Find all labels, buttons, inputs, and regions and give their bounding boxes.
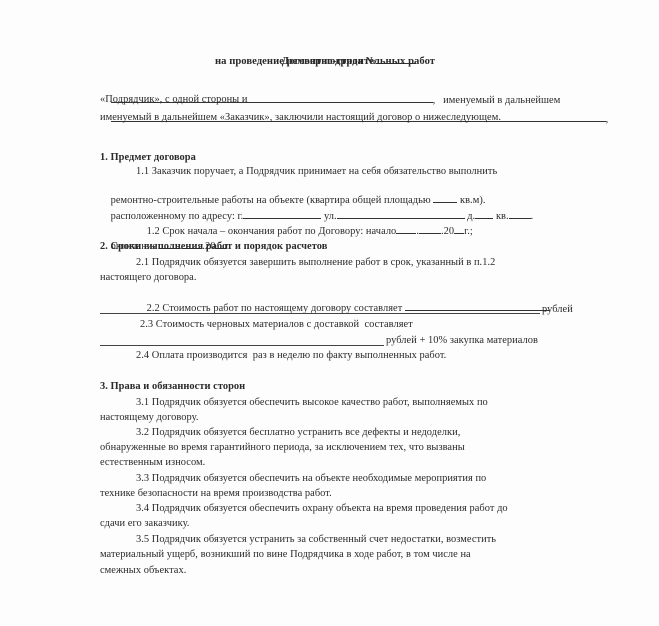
start-month-blank: [419, 224, 441, 234]
contract-page: Договор подряда № на проведение ремонтно…: [0, 0, 659, 626]
section-1-heading: 1. Предмет договора: [100, 151, 196, 164]
clause-2-3-line-b: рублей + 10% закупка материалов: [386, 334, 538, 347]
clause-text: .: [531, 211, 534, 222]
clause-2-1-line-b: настоящего договора.: [100, 271, 197, 284]
clause-3-1-line-b: настоящему договору.: [100, 411, 198, 424]
clause-3-4-line-a: 3.4 Подрядчик обязуется обеспечить охран…: [136, 502, 508, 515]
clause-3-5-line-c: смежных объектах.: [100, 564, 186, 577]
start-day-blank: [396, 224, 416, 234]
preamble-line-4: именуемый в дальнейшем «Заказчик», заклю…: [100, 111, 501, 124]
clause-2-3-line-a: 2.3 Стоимость черновых материалов с дост…: [140, 318, 413, 331]
section-2-heading: 2. Сроки выполнения работ и порядок расч…: [100, 240, 327, 253]
preamble-line3-text: ,: [606, 114, 609, 125]
materials-cost-blank: [100, 345, 384, 346]
clause-3-4-line-b: сдачи его заказчику.: [100, 517, 189, 530]
clause-3-5-line-a: 3.5 Подрядчик обязуется устранить за соб…: [136, 533, 496, 546]
clause-3-3-line-a: 3.3 Подрядчик обязуется обеспечить на об…: [136, 472, 486, 485]
clause-2-1-line-a: 2.1 Подрядчик обязуется завершить выполн…: [136, 256, 495, 269]
clause-3-2-line-b: обнаруженные во время гарантийного перио…: [100, 441, 465, 454]
clause-2-4: 2.4 Оплата производится раз в неделю по …: [136, 349, 446, 362]
clause-text: г.;: [464, 226, 473, 237]
section-3-heading: 3. Права и обязанности сторон: [100, 380, 245, 393]
clause-text: кв.: [493, 211, 508, 222]
apartment-blank: [509, 209, 531, 219]
clause-2-2-line-b: рублей: [542, 303, 573, 316]
clause-3-1-line-a: 3.1 Подрядчик обязуется обеспечить высок…: [136, 396, 488, 409]
house-blank: [475, 209, 493, 219]
clause-3-5-line-b: материальный ущерб, возникший по вине По…: [100, 548, 471, 561]
clause-3-2-line-a: 3.2 Подрядчик обязуется бесплатно устран…: [136, 426, 460, 439]
clause-3-3-line-b: технике безопасности на время производст…: [100, 487, 332, 500]
clause-text: .20: [441, 226, 454, 237]
clause-3-2-line-c: естественным износом.: [100, 456, 205, 469]
document-subtitle: на проведение ремонтно-строительных рабо…: [215, 55, 435, 68]
work-cost-continuation-blank: [100, 313, 540, 314]
work-cost-blank: [405, 301, 550, 311]
start-year-blank: [454, 224, 464, 234]
clause-1-1-line-a: 1.1 Заказчик поручает, а Подрядчик прини…: [136, 165, 497, 178]
